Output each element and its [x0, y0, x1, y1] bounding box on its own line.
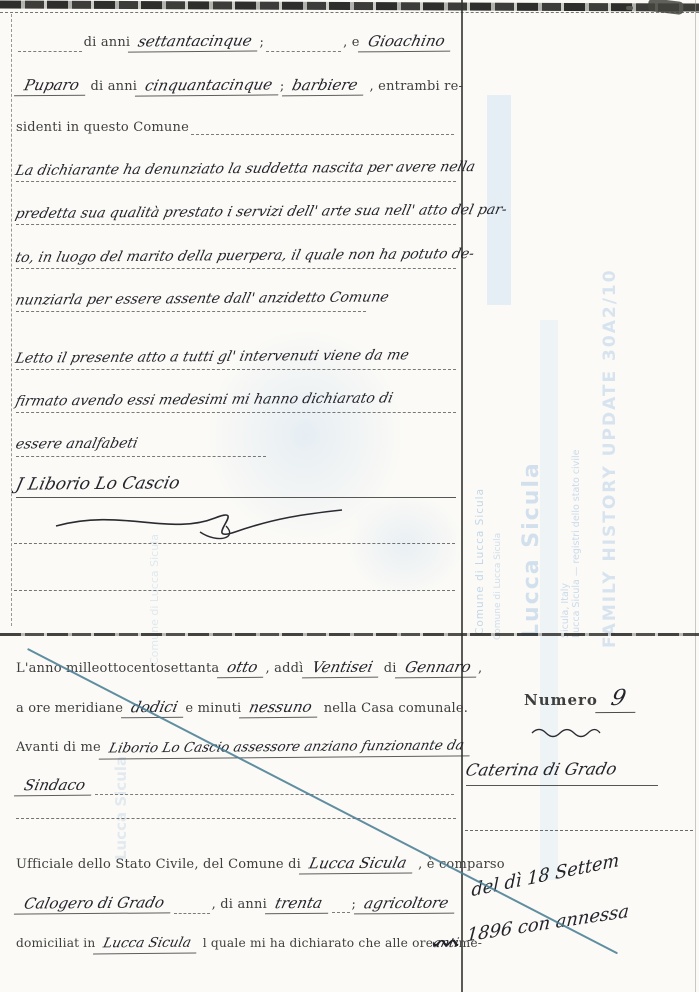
- watermark-lucca-sicula-big: Lucca Sicula: [519, 418, 544, 638]
- blank-field: [266, 35, 341, 52]
- watermark-film-line1: Sicula, Italy: [560, 426, 571, 638]
- handwritten-declarant-occupation: agricoltore: [354, 896, 458, 915]
- handwritten-month: Gennaro: [395, 660, 480, 679]
- margin-numero-row: Numero 9: [524, 688, 638, 713]
- act-end-row-3: sidenti in questo Comune: [16, 120, 456, 136]
- blank-field: [174, 897, 210, 914]
- printed-residenti: sidenti in questo Comune: [16, 120, 189, 136]
- act-start-row-7: Calogero di Grado , di anni trenta ; agr…: [16, 896, 456, 914]
- declaration-line-4: nunziarla per essere assente dall' anzid…: [16, 288, 366, 312]
- printed-entrambi: , entrambi re-: [370, 79, 464, 95]
- handwritten-declaration: La dichiarante ha denunziato la suddetta…: [14, 160, 476, 178]
- closing-line-3: essere analfabeti: [16, 433, 266, 457]
- handwritten-day: Ventisei: [301, 660, 381, 679]
- bleed-through-strip-2: [540, 320, 558, 880]
- handwritten-age-1: settantacinque: [128, 33, 261, 52]
- handwritten-act-number: 9: [595, 688, 641, 713]
- handwritten-name-witness: Gioachino: [358, 34, 454, 53]
- handwritten-occupation: barbiere: [282, 78, 367, 97]
- printed-di-anni: , di anni: [212, 897, 267, 913]
- printed-a-ore: a ore: [16, 701, 51, 717]
- act-start-row-4: Sindaco: [16, 778, 456, 796]
- watermark-comune-small-1: Comune di Lucca Sicula: [474, 335, 486, 635]
- handwritten-declaration: nunziarla per essere assente dall' anzid…: [14, 290, 390, 307]
- handwritten-declaration: predetta sua qualità prestato i servizi …: [14, 203, 508, 221]
- handwritten-official-title: Sindaco: [14, 778, 95, 797]
- printed-avanti-di-me: Avanti di me: [16, 740, 101, 756]
- printed-numero-label: Numero: [524, 691, 598, 710]
- act-end-row-2: Puparo di anni cinquantacinque ; barbier…: [16, 78, 456, 96]
- blank-field: [18, 35, 82, 52]
- handwritten-year: otto: [217, 660, 267, 678]
- printed-di-anni: di anni: [84, 35, 131, 51]
- left-margin-dashed-rule: [11, 14, 12, 626]
- declaration-line-2: predetta sua qualità prestato i servizi …: [16, 201, 456, 225]
- ruled-line-blank-1: [14, 543, 455, 544]
- ruled-line-blank-3: [16, 818, 456, 819]
- handwritten-closing: essere analfabeti: [14, 436, 139, 451]
- handwritten-struck-word: anti: [432, 937, 460, 950]
- official-signature-line: J Liborio Lo Cascio: [16, 474, 456, 498]
- handwritten-declarant-name: Calogero di Grado: [14, 895, 174, 914]
- scan-corner-speck: [626, 6, 633, 10]
- declaration-line-3: to, in luogo del marito della puerpera, …: [16, 245, 456, 269]
- watermark-film-note: Sicula, Italy Lucca Sicula — registri de…: [560, 426, 582, 638]
- closing-line-2: firmato avendo essi medesimi mi hanno di…: [16, 389, 456, 413]
- blank-field: [191, 133, 454, 135]
- page-right-edge-line: [695, 0, 696, 992]
- handwritten-domicile-comune: Lucca Sicula: [94, 937, 201, 954]
- watermark-comune-small-2: Comune di Lucca Sicula: [493, 430, 503, 640]
- margin-ruled-line: [465, 830, 693, 831]
- declaration-line-1: La dichiarante ha denunziato la suddetta…: [16, 158, 456, 182]
- column-divider-line: [461, 0, 463, 992]
- handwritten-margin-note: 1896 con annessa: [466, 903, 630, 946]
- printed-addi: , addì: [266, 661, 304, 677]
- printed-domiciliato: domiciliat: [16, 936, 79, 951]
- closing-line-1: Letto il presente atto a tutti gl' inter…: [16, 346, 456, 370]
- printed-e-minuti: e minuti: [185, 701, 241, 717]
- printed-ufficiale-stato-civile: Ufficiale dello Stato Civile, del Comune…: [16, 857, 301, 873]
- blank-field: [95, 793, 454, 795]
- bleed-through-strip: [487, 95, 511, 305]
- signature-flourish: [50, 498, 350, 548]
- printed-quale-dichiarato: quale mi ha dichiarato che alle ore: [211, 936, 433, 951]
- printed-casa-comunale: nella Casa comunale.: [324, 701, 468, 717]
- scan-top-edge-rule: [0, 12, 699, 13]
- printed-e: , e: [343, 35, 360, 51]
- margin-squiggle: [530, 726, 604, 738]
- official-signature: J Liborio Lo Cascio: [14, 475, 181, 493]
- handwritten-official-name: Liborio Lo Cascio assessore anziano funz…: [99, 739, 473, 759]
- handwritten-surname-witness: Puparo: [14, 78, 89, 97]
- watermark-film-line2: Lucca Sicula — registri dello stato civi…: [571, 426, 582, 638]
- act-start-row-2: a ore meridiane dodici e minuti nessuno …: [16, 700, 456, 718]
- ruled-line-blank-2: [14, 590, 455, 591]
- handwritten-declarant-age: trenta: [265, 896, 332, 915]
- margin-note-line-2: 1896 con annessa: [465, 903, 630, 945]
- printed-il-partial: l: [203, 936, 207, 951]
- act-start-row-8: domiciliat in Lucca Sicula l quale mi ha…: [16, 936, 461, 954]
- scan-top-edge-band: [0, 0, 699, 11]
- handwritten-registered-name: Caterina di Grado: [464, 761, 618, 779]
- blank-field: [332, 911, 350, 913]
- handwritten-comune: Lucca Sicula: [299, 856, 416, 875]
- margin-registered-name-line: Caterina di Grado: [466, 760, 658, 786]
- printed-di-anni: di anni: [91, 79, 138, 95]
- printed-meridiane: meridiane: [55, 701, 124, 717]
- handwritten-declaration: to, in luogo del marito della puerpera, …: [14, 247, 475, 265]
- handwritten-closing: firmato avendo essi medesimi mi hanno di…: [14, 391, 394, 408]
- handwritten-closing: Letto il presente atto a tutti gl' inter…: [14, 348, 410, 365]
- handwritten-minutes: nessuno: [239, 700, 321, 719]
- scanned-civil-record-page: Comune di Lucca Sicula Comune di Lucca S…: [0, 0, 699, 992]
- section-separator-band: [0, 633, 699, 636]
- act-end-row-1: di anni settantacinque ; , e Gioachino: [16, 34, 456, 52]
- handwritten-age-2: cinquantacinque: [135, 77, 282, 96]
- printed-anno: L'anno milleottocentosettanta: [16, 661, 219, 677]
- act-start-row-6: Ufficiale dello Stato Civile, del Comune…: [16, 856, 456, 874]
- watermark-family-history: FAMILY HISTORY UPDATE 30A2/10: [600, 268, 620, 648]
